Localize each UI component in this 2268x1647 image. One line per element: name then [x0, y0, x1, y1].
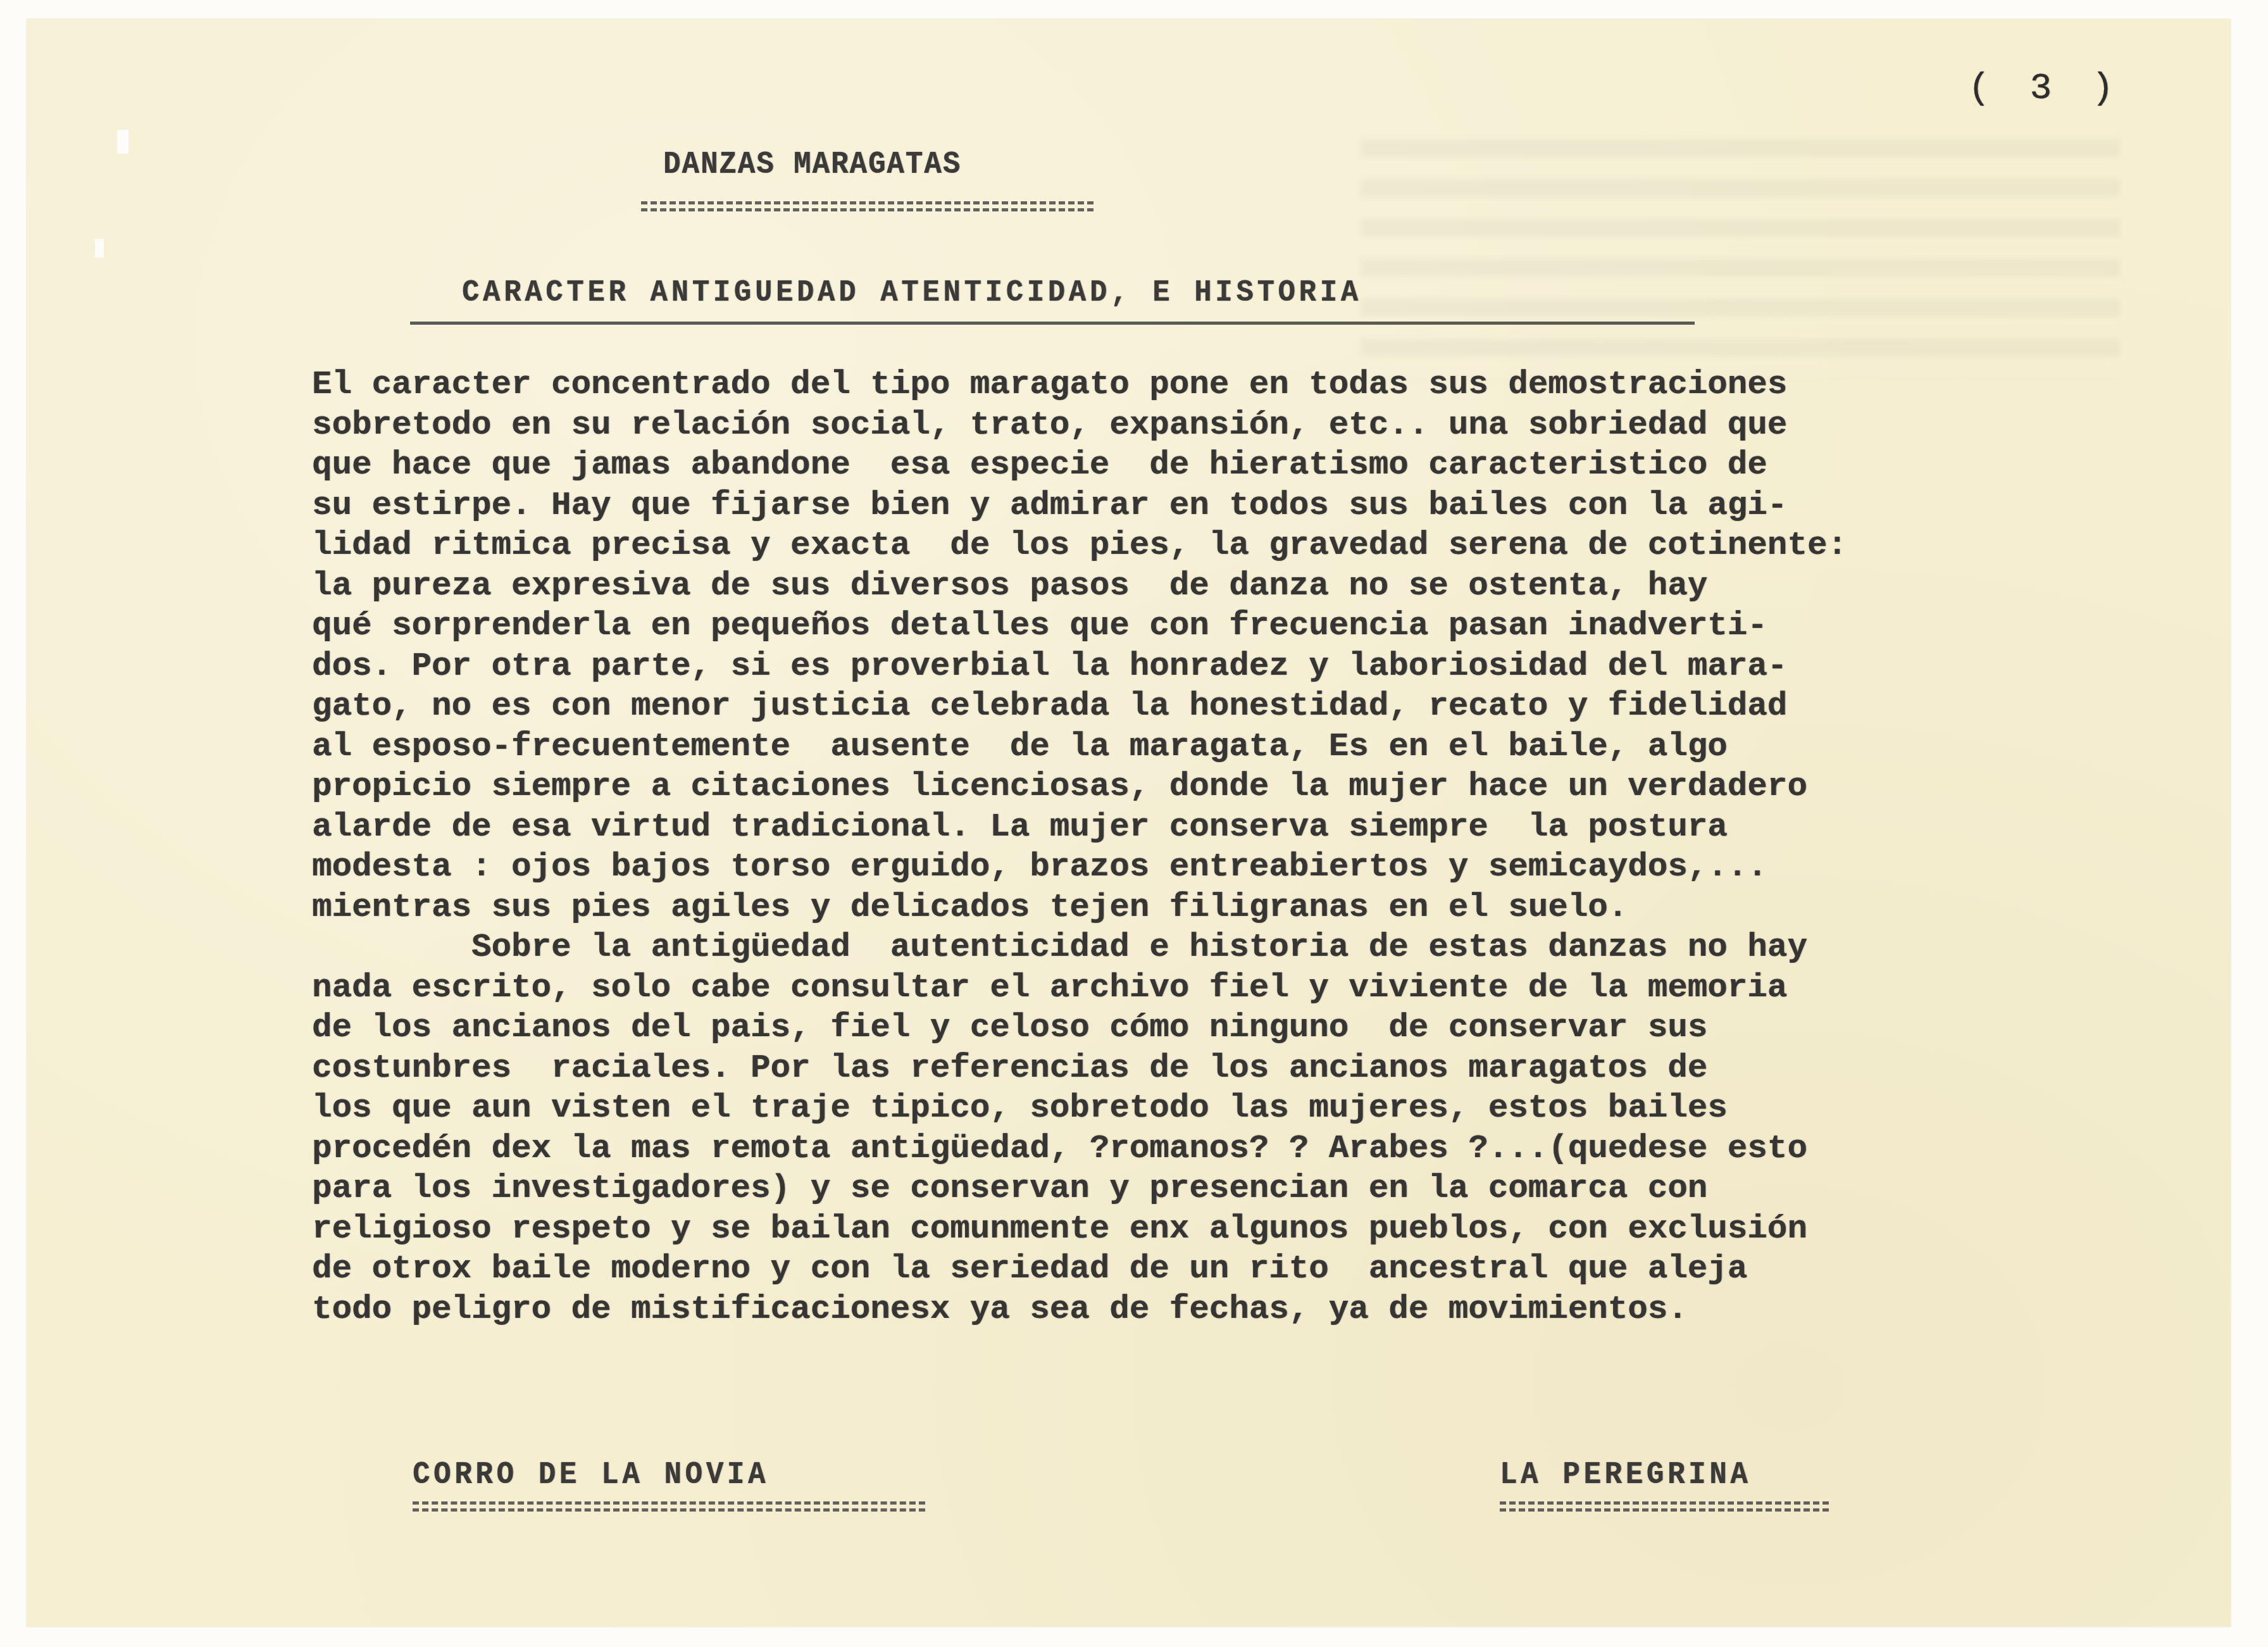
body-line: qué sorprenderla en pequeños detalles qu… — [312, 606, 1847, 646]
body-line: dos. Por otra parte, si es proverbial la… — [312, 646, 1847, 687]
section-double-underline — [1500, 1501, 1829, 1512]
body-line: su estirpe. Hay que fijarse bien y admir… — [312, 485, 1847, 526]
paper-hole — [117, 130, 128, 154]
body-line: religioso respeto y se bailan comunmente… — [312, 1209, 1847, 1249]
document-title: DANZAS MARAGATAS — [663, 147, 961, 183]
body-line: la pureza expresiva de sus diversos paso… — [312, 566, 1847, 606]
body-line: todo peligro de mistificacionesx ya sea … — [312, 1289, 1847, 1330]
page-number: ( 3 ) — [1968, 68, 2122, 110]
body-line: alarde de esa virtud tradicional. La muj… — [312, 807, 1847, 848]
document-subtitle: CARACTER ANTIGUEDAD ATENTICIDAD, E HISTO… — [462, 276, 1362, 310]
subtitle-underline — [410, 322, 1695, 325]
title-double-underline — [641, 201, 1093, 211]
body-line: lidad ritmica precisa y exacta de los pi… — [312, 525, 1847, 566]
body-line: Sobre la antigüedad autenticidad e histo… — [312, 927, 1847, 968]
bleed-through-text — [1361, 139, 2120, 380]
body-line: de los ancianos del pais, fiel y celoso … — [312, 1008, 1847, 1048]
body-line: procedén dex la mas remota antigüedad, ?… — [312, 1129, 1847, 1169]
body-line: al esposo-frecuentemente ausente de la m… — [312, 727, 1847, 767]
body-line: los que aun visten el traje tipico, sobr… — [312, 1088, 1847, 1129]
body-line: para los investigadores) y se conservan … — [312, 1168, 1847, 1209]
body-line: que hace que jamas abandone esa especie … — [312, 445, 1847, 485]
body-line: propicio siempre a citaciones licenciosa… — [312, 767, 1847, 807]
body-line: de otrox baile moderno y con la seriedad… — [312, 1249, 1847, 1289]
section-double-underline — [413, 1501, 925, 1512]
body-line: sobretodo en su relación social, trato, … — [312, 405, 1847, 446]
body-line: gato, no es con menor justicia celebrada… — [312, 686, 1847, 727]
body-line: modesta : ojos bajos torso erguido, braz… — [312, 847, 1847, 887]
section-heading-la-peregrina: LA PEREGRINA — [1500, 1457, 1751, 1493]
body-line: mientras sus pies agiles y delicados tej… — [312, 887, 1847, 928]
body-paragraphs: El caracter concentrado del tipo maragat… — [312, 365, 1847, 1329]
body-line: nada escrito, solo cabe consultar el arc… — [312, 968, 1847, 1008]
body-line: El caracter concentrado del tipo maragat… — [312, 365, 1847, 405]
paper-hole — [95, 239, 104, 258]
body-line: costunbres raciales. Por las referencias… — [312, 1048, 1847, 1089]
section-heading-corro-de-la-novia: CORRO DE LA NOVIA — [413, 1457, 769, 1493]
